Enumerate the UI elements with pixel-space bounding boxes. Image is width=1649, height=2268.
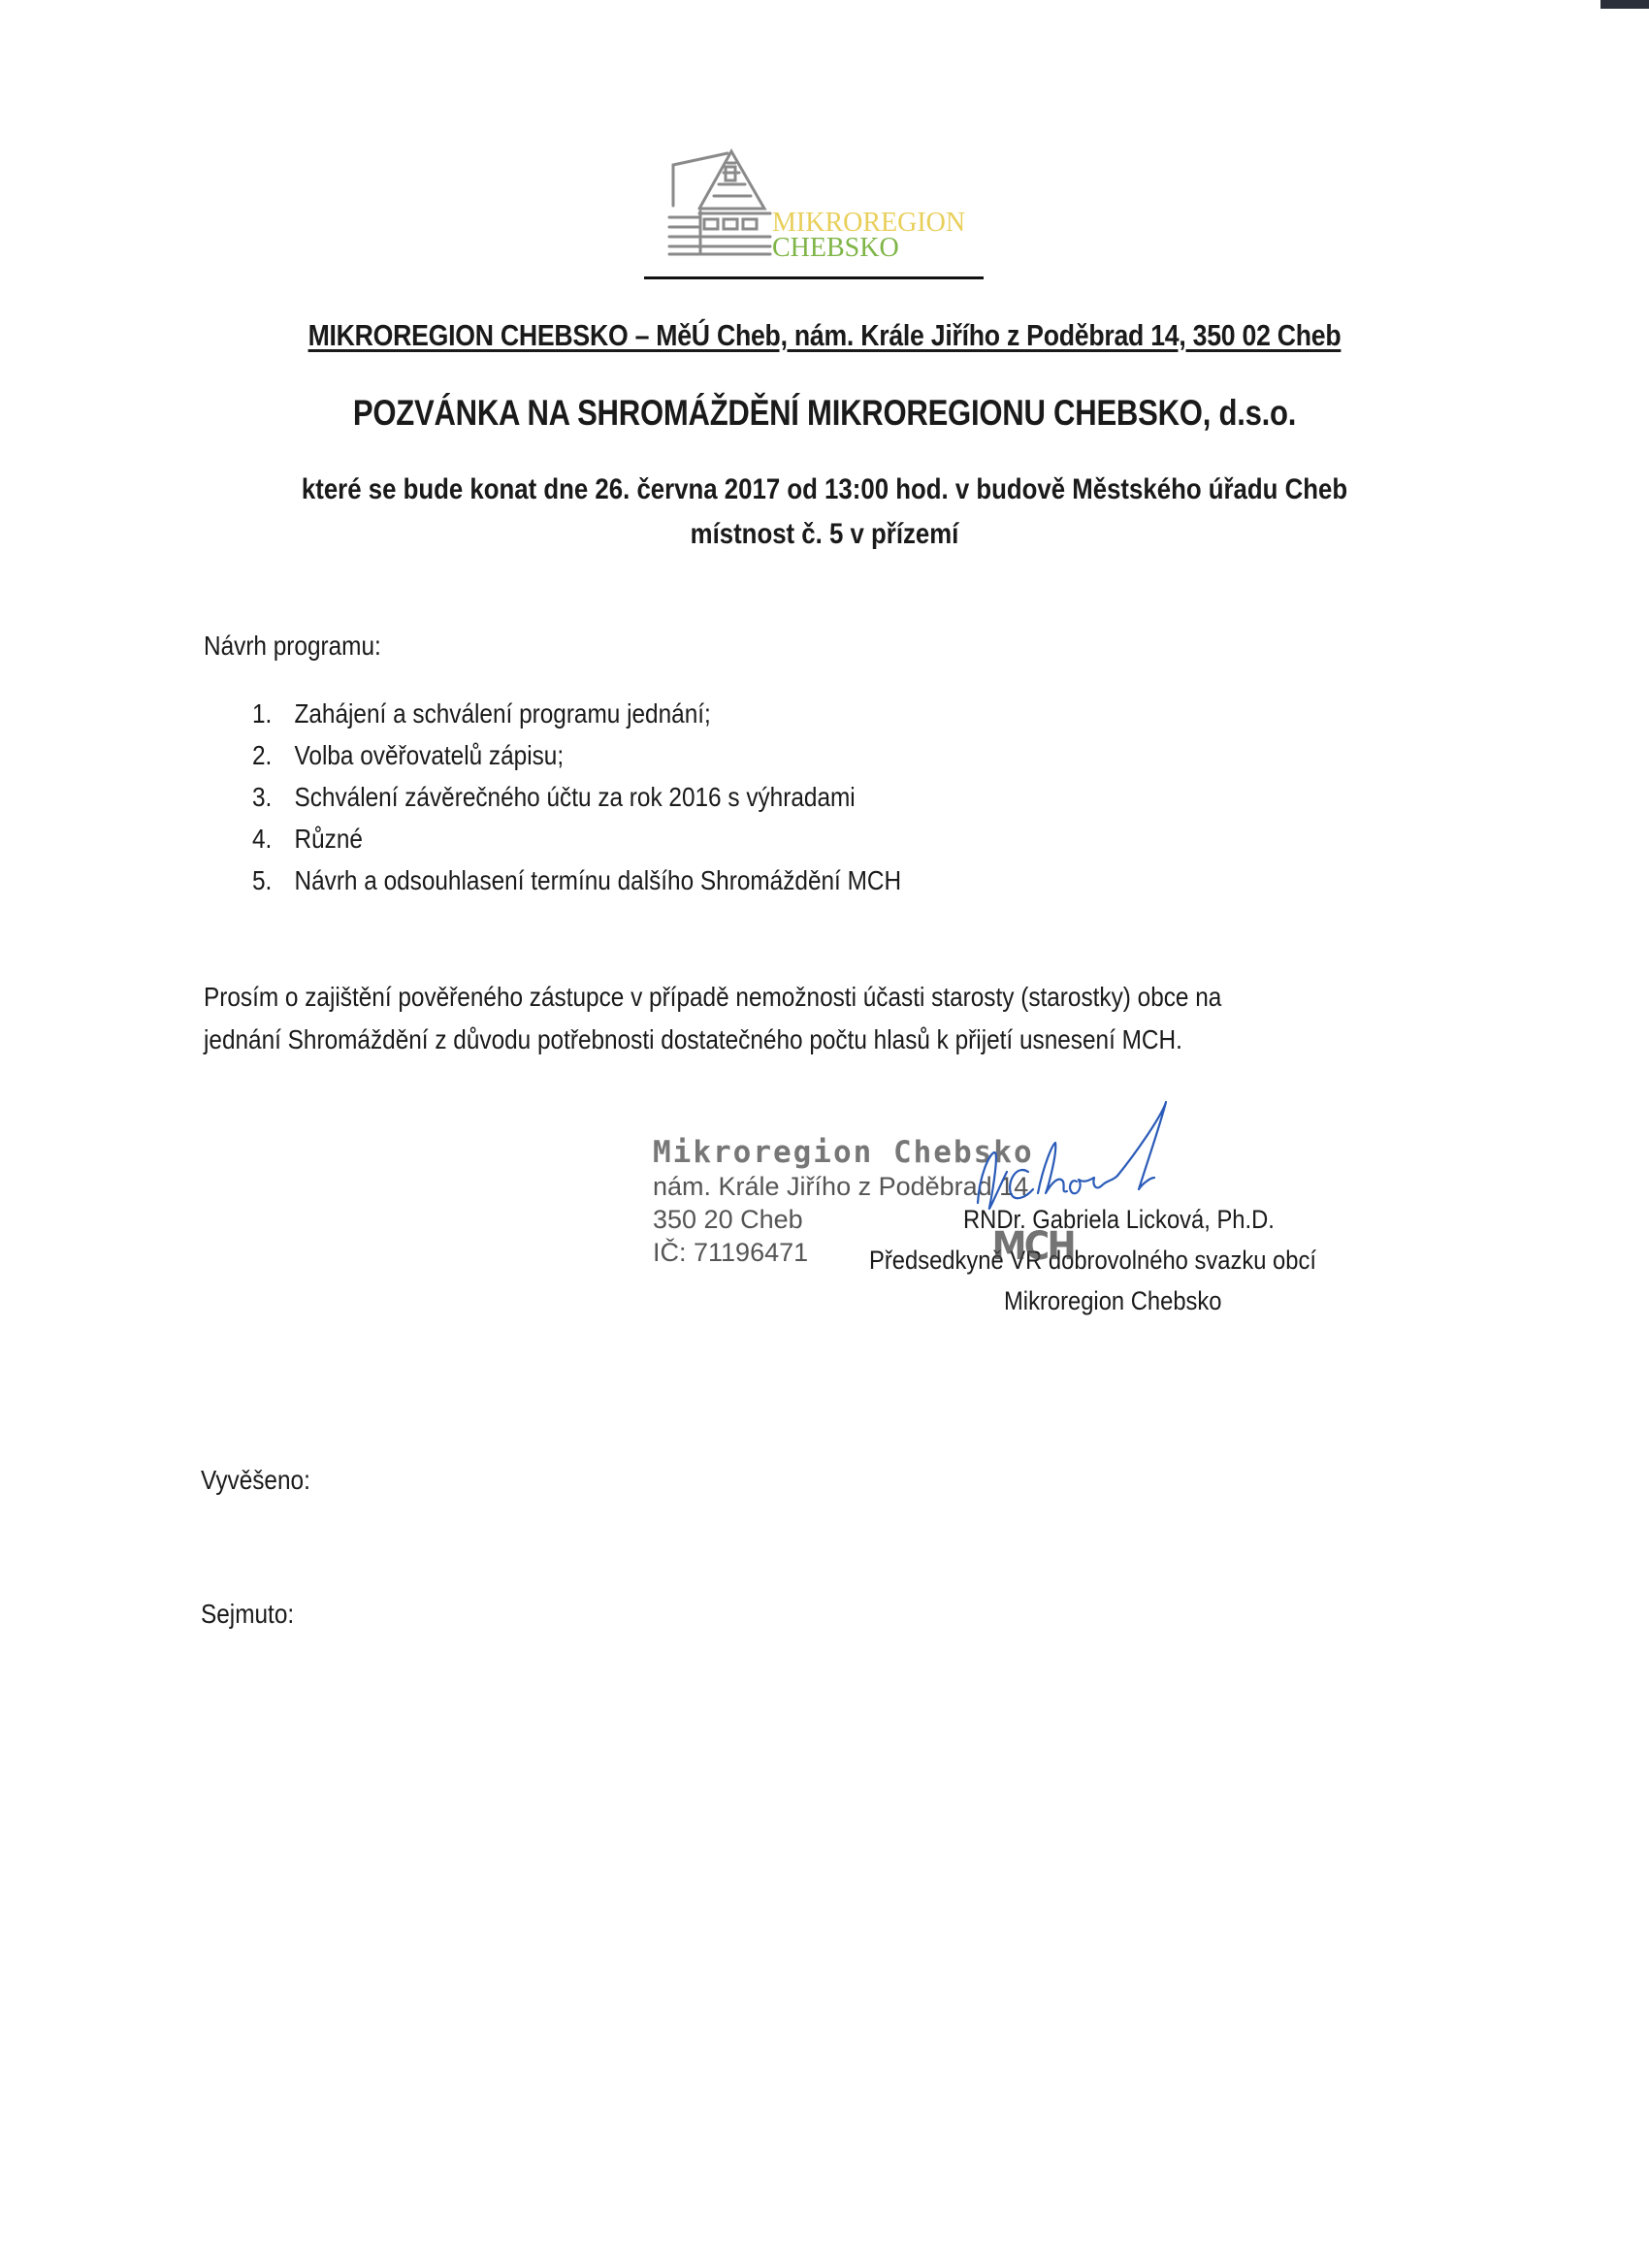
logo-divider: [644, 276, 984, 279]
logo-mikroregion-chebsko: MIKROREGION CHEBSKO: [665, 146, 976, 267]
agenda-item-text: Zahájení a schválení programu jednání;: [295, 698, 711, 729]
house-logo-icon: [665, 146, 772, 267]
signer-organization: Mikroregion Chebsko: [1004, 1286, 1222, 1316]
agenda-item: 2.Volba ověřovatelů zápisu;: [252, 740, 901, 782]
removed-label: Sejmuto:: [201, 1599, 294, 1630]
meeting-room: místnost č. 5 v přízemí: [115, 518, 1534, 551]
agenda-item: 1.Zahájení a schválení programu jednání;: [252, 698, 901, 740]
agenda-item-text: Volba ověřovatelů zápisu;: [295, 740, 565, 770]
agenda-item-number: 5.: [252, 865, 295, 896]
request-paragraph-line-2: jednání Shromáždění z důvodu potřebnosti…: [204, 1024, 1182, 1055]
agenda-item: 4.Různé: [252, 824, 901, 865]
signer-role: Předsedkyně VR dobrovolného svazku obcí: [869, 1246, 1316, 1276]
document-title: POZVÁNKA NA SHROMÁŽDĚNÍ MIKROREGIONU CHE…: [132, 393, 1517, 434]
agenda-item-text: Schválení závěrečného účtu za rok 2016 s…: [295, 782, 856, 812]
header-address: MIKROREGION CHEBSKO – MěÚ Cheb, nám. Krá…: [115, 318, 1534, 353]
meeting-date-place: které se bude konat dne 26. června 2017 …: [115, 473, 1534, 506]
signature-icon: [892, 1096, 1300, 1242]
agenda-item-number: 1.: [252, 698, 295, 729]
logo-text-chebsko: CHEBSKO: [772, 233, 899, 264]
agenda-item-text: Různé: [295, 824, 363, 854]
agenda-item: 5.Návrh a odsouhlasení termínu dalšího S…: [252, 865, 901, 907]
posted-label: Vyvěšeno:: [201, 1465, 310, 1496]
agenda-item: 3.Schválení závěrečného účtu za rok 2016…: [252, 782, 901, 824]
scan-artifact: [1600, 0, 1649, 9]
agenda-item-number: 4.: [252, 824, 295, 855]
agenda-item-number: 2.: [252, 740, 295, 771]
handwritten-signature: [892, 1096, 1300, 1247]
agenda-item-number: 3.: [252, 782, 295, 813]
agenda-list: 1.Zahájení a schválení programu jednání;…: [252, 698, 998, 907]
agenda-item-text: Návrh a odsouhlasení termínu dalšího Shr…: [295, 865, 902, 895]
program-label: Návrh programu:: [204, 631, 381, 662]
request-paragraph-line-1: Prosím o zajištění pověřeného zástupce v…: [204, 982, 1221, 1013]
